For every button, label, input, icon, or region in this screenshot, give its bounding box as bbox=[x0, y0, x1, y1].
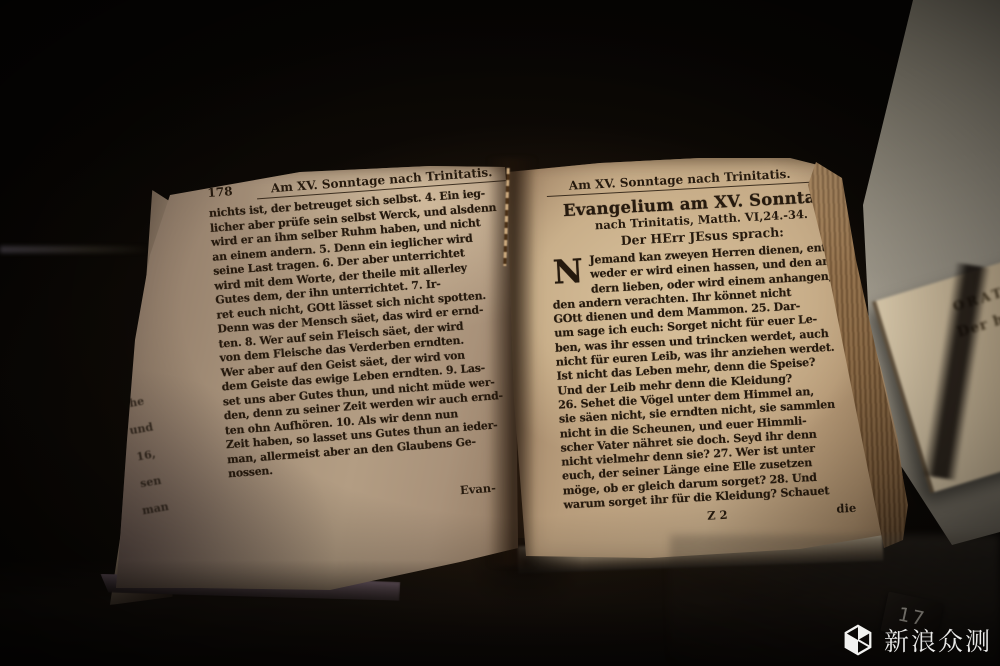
right-page-catchword: die bbox=[727, 500, 870, 522]
shelf-glint bbox=[0, 246, 152, 253]
left-page-text-block: 178 Am XV. Sonntage nach Trinitatis. nic… bbox=[207, 164, 530, 514]
museum-book-photo: ORATOR Der heilig 178 Am XV. Sonntage na… bbox=[0, 0, 1000, 666]
left-page-catchword: Evan- bbox=[230, 478, 530, 514]
watermark-text: 新浪众测 bbox=[884, 622, 992, 658]
cube-logo-icon bbox=[841, 623, 875, 657]
signature-mark: Z 2 bbox=[707, 508, 728, 523]
photo-watermark: 新浪众测 bbox=[841, 622, 992, 658]
right-page-body: N Jemand kan zweyen Herren dienen, ent-w… bbox=[550, 239, 869, 513]
left-page-body: nichts ist, der betreuget sich selbst. 4… bbox=[209, 185, 528, 482]
drop-cap-initial: N bbox=[550, 256, 586, 287]
book-gutter bbox=[488, 158, 536, 566]
